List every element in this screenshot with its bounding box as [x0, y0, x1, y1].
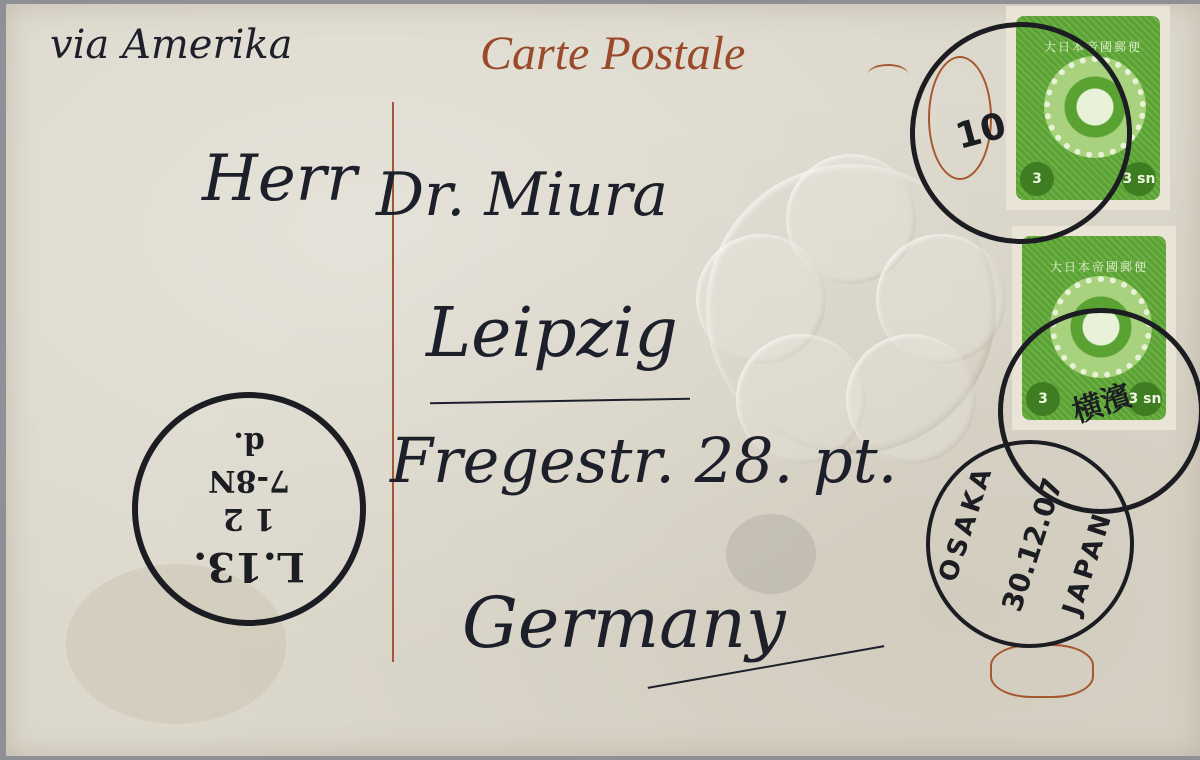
postmark-date: 1 2 [138, 501, 360, 536]
postmark-place: 横濱 [1001, 350, 1200, 452]
postmark-code: L.13. [138, 543, 360, 590]
salutation: Herr [202, 142, 357, 216]
japanese-postmark-top: 10 [910, 22, 1132, 244]
recipient-street: Fregestr. 28. pt. [390, 424, 897, 497]
city-underline [430, 398, 690, 405]
header-flourish [868, 64, 908, 84]
postcard: Carte Postale via Amerika Herr Dr. Miura… [6, 4, 1200, 756]
stamp-legend: 大日本帝國郵便 [1044, 258, 1154, 275]
carte-postale-header: Carte Postale [480, 26, 745, 81]
leipzig-arrival-postmark: L.13. 1 2 7-8N d. [132, 392, 366, 626]
postmark-time: 7-8N [138, 463, 360, 498]
recipient-country: Germany [462, 582, 786, 664]
postmark-suffix: d. [138, 425, 360, 460]
routing-note: via Amerika [50, 22, 292, 68]
stamp-value-right: 3 sn [1122, 162, 1156, 196]
postmark-number: 10 [835, 74, 1128, 189]
recipient-city: Leipzig [426, 294, 678, 373]
recipient-name: Dr. Miura [376, 160, 668, 230]
